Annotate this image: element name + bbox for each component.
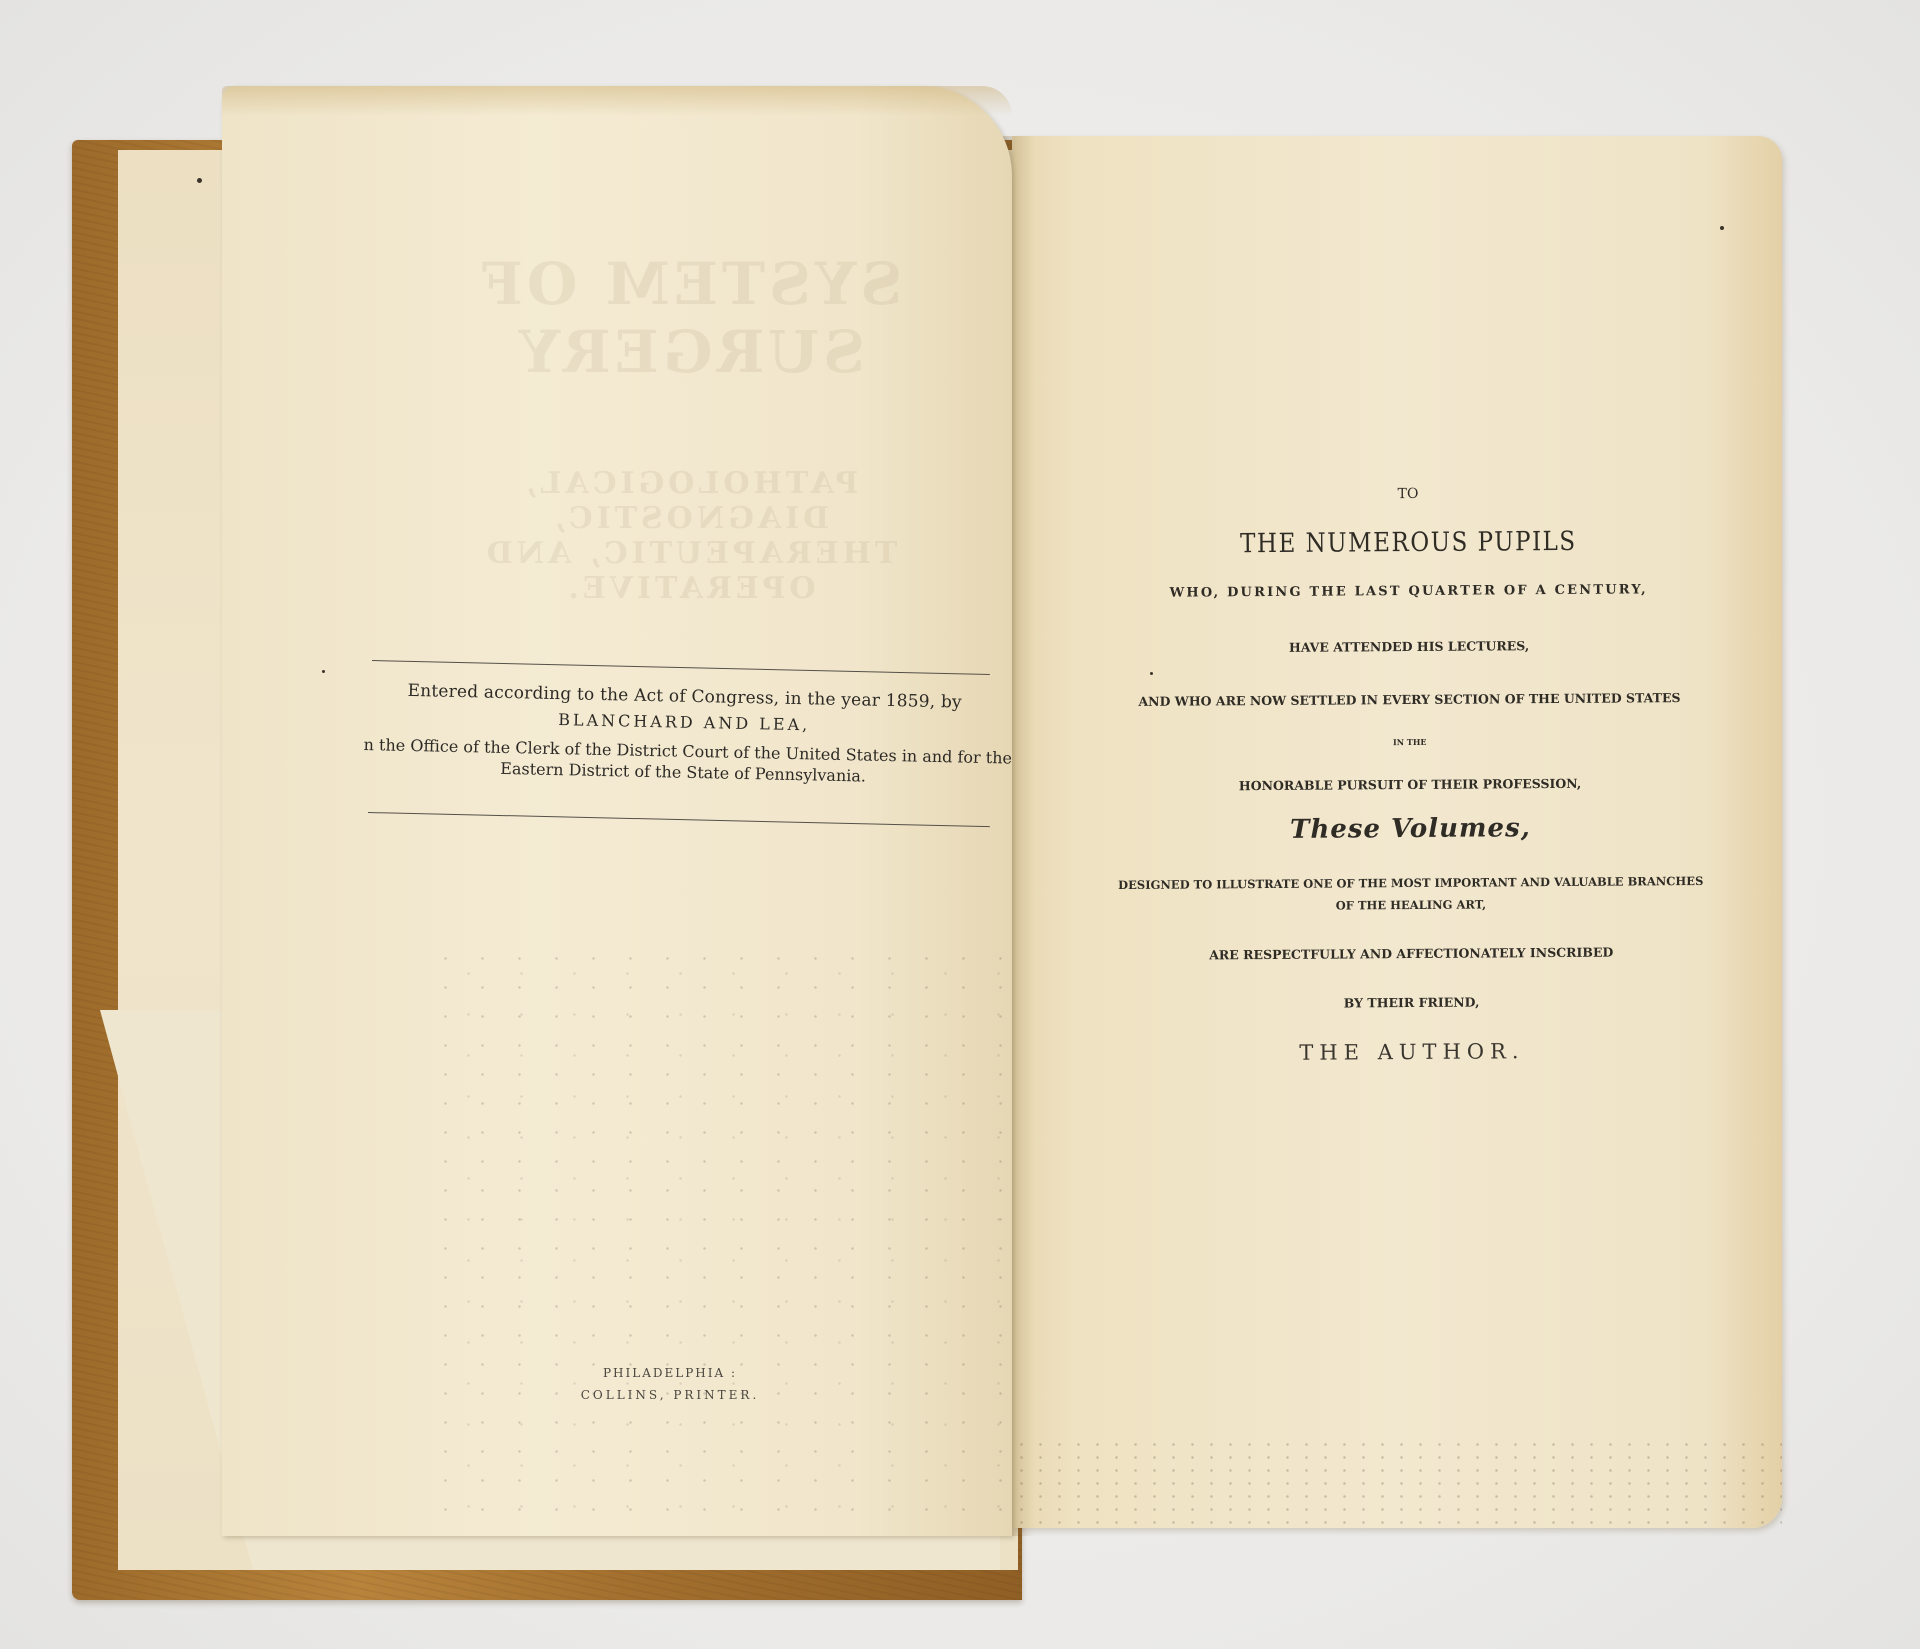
show-through-title: SYSTEM OF SURGERY	[390, 250, 990, 386]
dedication-healing: OF THE HEALING ART,	[1101, 896, 1721, 914]
printer-imprint: PHILADELPHIA : COLLINS, PRINTER.	[560, 1366, 780, 1402]
foxing-spot	[197, 178, 202, 183]
book-photo: SYSTEM OF SURGERY PATHOLOGICAL, DIAGNOST…	[0, 0, 1920, 1649]
foxing-spot	[1720, 226, 1724, 230]
show-through-text: SYSTEM OF SURGERY PATHOLOGICAL, DIAGNOST…	[390, 250, 990, 606]
dedication-in-the: IN THE	[1100, 735, 1720, 749]
dedication-inscribed: ARE RESPECTFULLY AND AFFECTIONATELY INSC…	[1101, 944, 1721, 963]
dedication-author: THE AUTHOR.	[1102, 1038, 1722, 1066]
dedication-to: TO	[1098, 484, 1718, 504]
foxing-spot	[322, 670, 325, 673]
dedication-pupils: THE NUMEROUS PUPILS	[1098, 526, 1718, 560]
dedication-text: TO THE NUMEROUS PUPILS WHO, DURING THE L…	[1098, 484, 1722, 1066]
foxing-spot	[1150, 672, 1153, 675]
imprint-city: PHILADELPHIA :	[560, 1366, 780, 1380]
dedication-have: HAVE ATTENDED HIS LECTURES,	[1099, 637, 1719, 656]
dedication-designed: DESIGNED TO ILLUSTRATE ONE OF THE MOST I…	[1101, 874, 1721, 892]
show-through-subtitle: PATHOLOGICAL, DIAGNOSTIC, THERAPEUTIC, A…	[390, 466, 990, 606]
dedication-settled: AND WHO ARE NOW SETTLED IN EVERY SECTION…	[1099, 690, 1719, 709]
imprint-printer: COLLINS, PRINTER.	[560, 1388, 780, 1402]
dedication-volumes: These Volumes,	[1100, 812, 1720, 846]
dedication-by: BY THEIR FRIEND,	[1102, 993, 1722, 1012]
copyright-notice: Entered according to the Act of Congress…	[363, 680, 1005, 788]
dedication-honorable: HONORABLE PURSUIT OF THEIR PROFESSION,	[1100, 775, 1720, 794]
dedication-who: WHO, DURING THE LAST QUARTER OF A CENTUR…	[1099, 582, 1719, 601]
